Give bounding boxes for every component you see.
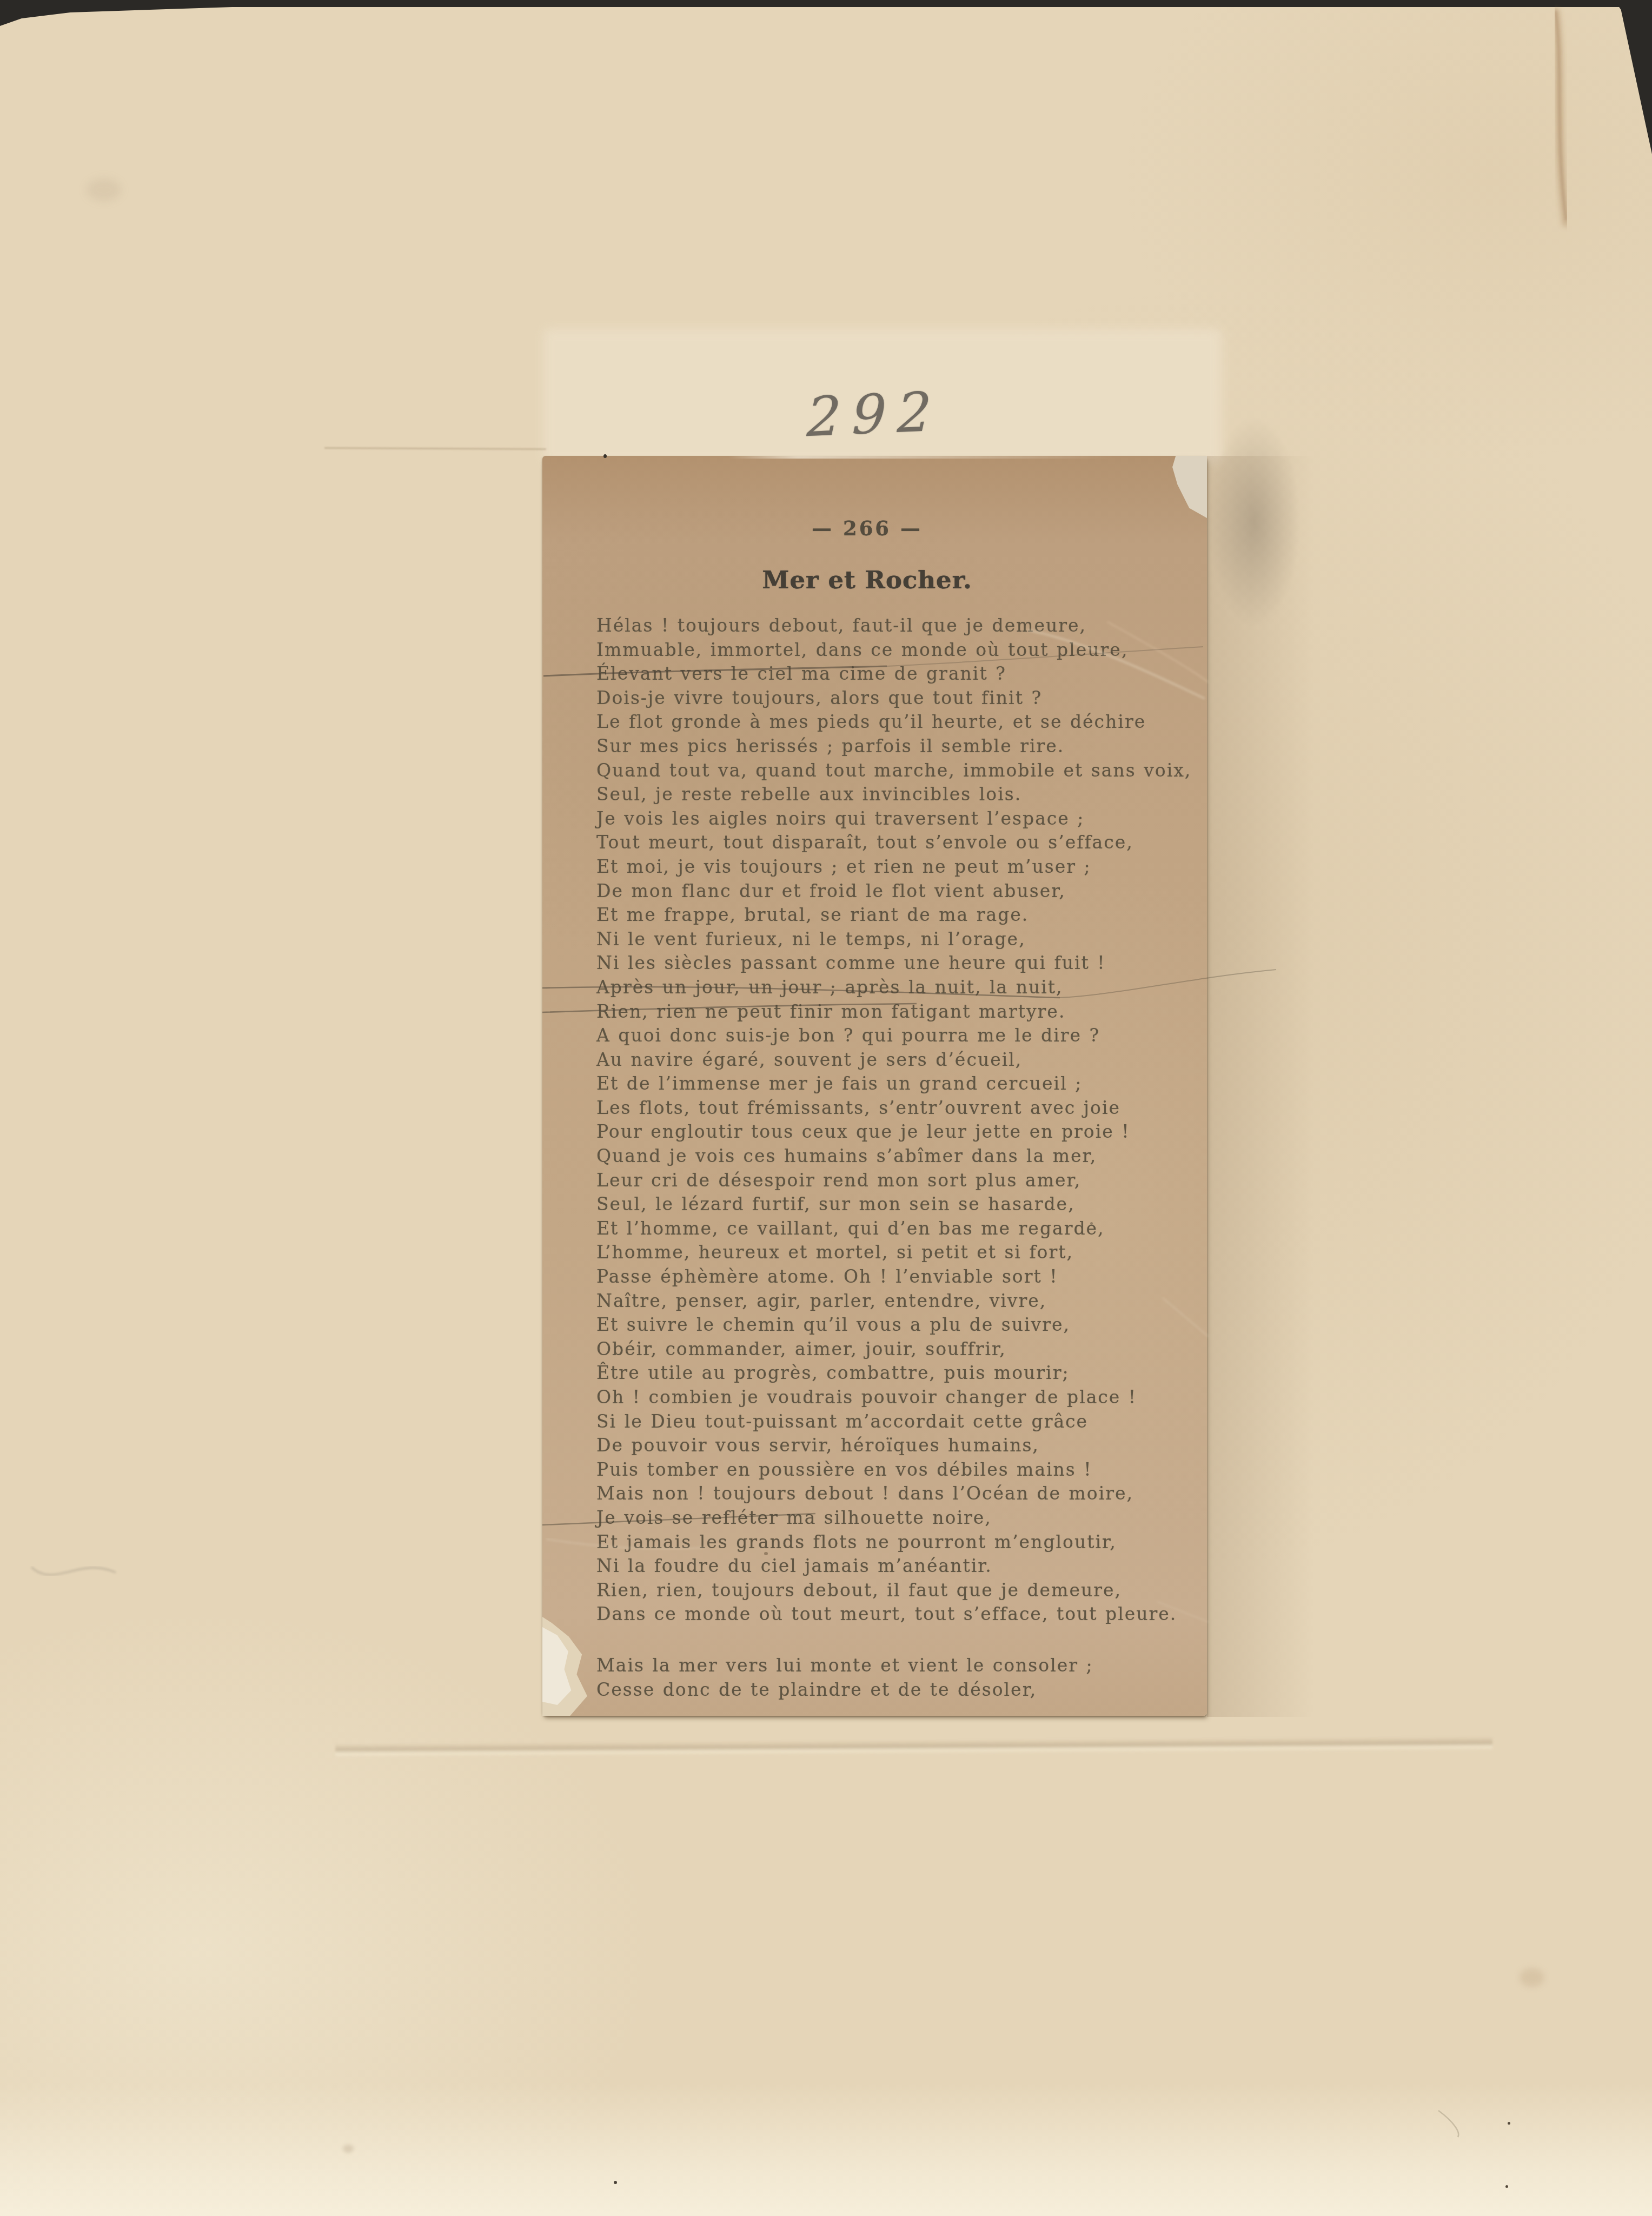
- poem-line: Ni les siècles passant comme une heure q…: [596, 951, 1205, 976]
- poem-line: Obéir, commander, aimer, jouir, souffrir…: [596, 1337, 1205, 1362]
- page-crease-below-clipping: [335, 1736, 1492, 1757]
- poem-line: Et moi, je vis toujours ; et rien ne peu…: [596, 855, 1205, 879]
- poem-line: Naître, penser, agir, parler, entendre, …: [596, 1289, 1205, 1313]
- poem-line: Dois-je vivre toujours, alors que tout f…: [596, 686, 1205, 711]
- poem-line: Hélas ! toujours debout, faut-il que je …: [596, 614, 1205, 638]
- poem-line: Mais la mer vers lui monte et vient le c…: [596, 1654, 1205, 1678]
- scan-edge-top-right-corner: [1614, 0, 1652, 154]
- poem-line: Cesse donc de te plaindre et de te désol…: [596, 1678, 1205, 1702]
- scratch-mark: [1438, 2111, 1458, 2137]
- poem-line: Quand tout va, quand tout marche, immobi…: [596, 759, 1205, 783]
- poem-text: Hélas ! toujours debout, faut-il que je …: [596, 614, 1205, 1702]
- poem-line: Leur cri de désespoir rend mon sort plus…: [596, 1169, 1205, 1193]
- pasted-clipping: — 266 — Mer et Rocher. Hélas ! toujours …: [542, 456, 1207, 1716]
- ink-speck: [1090, 1222, 1093, 1225]
- ink-speck: [764, 1552, 768, 1555]
- poem-line: Oh ! combien je voudrais pouvoir changer…: [596, 1385, 1205, 1410]
- poem-line: Ni la foudre du ciel jamais m’anéantir.: [596, 1554, 1205, 1578]
- poem-line: Immuable, immortel, dans ce monde où tou…: [596, 638, 1205, 662]
- poem-line: Après un jour, un jour ; après la nuit, …: [596, 976, 1205, 1000]
- ink-speck: [614, 2181, 617, 2184]
- pencil-squiggle: [31, 1567, 116, 1575]
- drip-stain: [1556, 12, 1566, 223]
- poem-line: Mais non ! toujours debout ! dans l’Océa…: [596, 1482, 1205, 1506]
- poem-line: L’homme, heureux et mortel, si petit et …: [596, 1240, 1205, 1265]
- poem-line: Je vois les aigles noirs qui traversent …: [596, 807, 1205, 831]
- stanza-gap: [596, 1627, 1205, 1654]
- poem-line: Tout meurt, tout disparaît, tout s’envol…: [596, 831, 1205, 855]
- poem-line: Puis tomber en poussière en vos débiles …: [596, 1458, 1205, 1482]
- ink-speck: [1508, 2122, 1510, 2125]
- poem-line: Dans ce monde où tout meurt, tout s’effa…: [596, 1602, 1205, 1627]
- poem-line: Et l’homme, ce vaillant, qui d’en bas me…: [596, 1217, 1205, 1241]
- handwritten-page-number: 292: [806, 384, 959, 444]
- poem-line: Rien, rien ne peut finir mon fatigant ma…: [596, 1000, 1205, 1024]
- stain: [1520, 1968, 1544, 1987]
- page-crease-left-of-clipping-top: [324, 447, 546, 450]
- poem-line: Je vois se refléter ma silhouette noire,: [596, 1506, 1205, 1530]
- poem-line: Ni le vent furieux, ni le temps, ni l’or…: [596, 927, 1205, 952]
- poem-line: Être utile au progrès, combattre, puis m…: [596, 1361, 1205, 1385]
- page-shading-right-of-clipping: [1207, 456, 1315, 1717]
- poem-line: Seul, le lézard furtif, sur mon sein se …: [596, 1192, 1205, 1217]
- poem-line: Sur mes pics herissés ; parfois il sembl…: [596, 734, 1205, 759]
- drip-stain-core: [1556, 12, 1566, 219]
- poem-line: Et jamais les grands flots ne pourront m…: [596, 1530, 1205, 1555]
- poem-line: Quand je vois ces humains s’abîmer dans …: [596, 1144, 1205, 1169]
- stain: [343, 2145, 354, 2153]
- poem-line: Au navire égaré, souvent je sers d’écuei…: [596, 1048, 1205, 1072]
- poem-line: Passe éphèmère atome. Oh ! l’enviable so…: [596, 1265, 1205, 1289]
- poem-line: Et suivre le chemin qu’il vous a plu de …: [596, 1313, 1205, 1337]
- poem-line: De pouvoir vous servir, héroïques humain…: [596, 1434, 1205, 1458]
- album-page-scan: 292 — 266 — Mer et Rocher. Hélas ! toujo…: [0, 0, 1652, 2216]
- torn-patch-top-right: [1165, 456, 1207, 518]
- poem-line: Et me frappe, brutal, se riant de ma rag…: [596, 903, 1205, 927]
- poem-line: Pour engloutir tous ceux que je leur jet…: [596, 1120, 1205, 1144]
- scan-edge-top-left-wedge: [0, 0, 249, 27]
- poem-line: Et de l’immense mer je fais un grand cer…: [596, 1072, 1205, 1096]
- poem-title: Mer et Rocher.: [535, 566, 1199, 594]
- poem-line: De mon flanc dur et froid le flot vient …: [596, 879, 1205, 904]
- ink-speck: [1505, 2185, 1508, 2188]
- ink-speck: [603, 454, 607, 458]
- printed-page-number: — 266 —: [535, 516, 1199, 540]
- poem-line: Seul, je reste rebelle aux invincibles l…: [596, 782, 1205, 807]
- poem-line: Élevant vers le ciel ma cime de granit ?: [596, 662, 1205, 686]
- poem-line: A quoi donc suis-je bon ? qui pourra me …: [596, 1024, 1205, 1048]
- poem-line: Rien, rien, toujours debout, il faut que…: [596, 1578, 1205, 1603]
- poem-line: Si le Dieu tout-puissant m’accordait cet…: [596, 1410, 1205, 1434]
- smudge-stain: [1209, 416, 1301, 627]
- stain: [87, 178, 121, 201]
- poem-line: Le flot gronde à mes pieds qu’il heurte,…: [596, 710, 1205, 734]
- poem-line: Les flots, tout frémissants, s’entr’ouvr…: [596, 1096, 1205, 1120]
